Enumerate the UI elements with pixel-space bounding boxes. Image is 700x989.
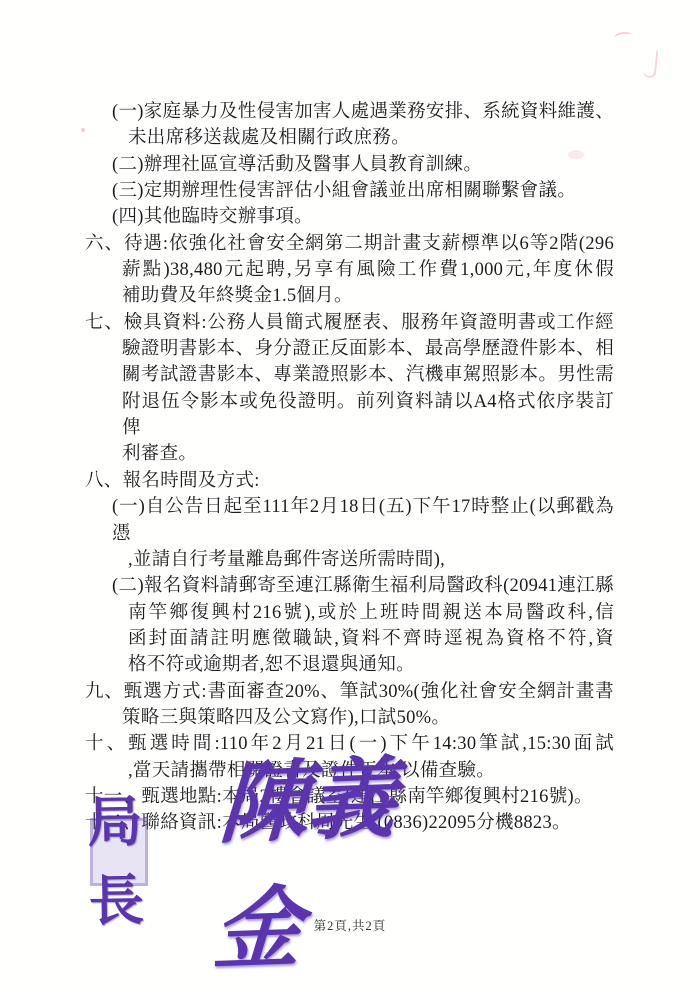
doc-line: 薪點)38,480元起聘,另享有風險工作費1,000元,年度休假 xyxy=(122,257,614,283)
doc-line: 補助費及年終獎金1.5個月。 xyxy=(122,283,614,309)
doc-line: 附退伍令影本或免役證明。前列資料請以A4格式依序裝訂俾 xyxy=(122,389,614,442)
doc-line: (一)自公告日起至111年2月18日(五)下午17時整止(以郵戳為憑 xyxy=(112,494,614,547)
doc-line: 南竿鄉復興村216號),或於上班時間親送本局醫政科,信 xyxy=(128,600,614,626)
doc-line: (三)定期辦理性侵害評估小組會議並出席相關聯繫會議。 xyxy=(112,178,614,204)
page-footer: 第2頁,共2頁 xyxy=(0,916,700,934)
doc-line: ,並請自行考量離島郵件寄送所需時間), xyxy=(128,547,614,573)
doc-line: 關考試證書影本、專業證照影本、汽機車駕照影本。男性需 xyxy=(122,362,614,388)
doc-line: 十一、甄選地點:本局2樓會議室(連江縣南竿鄉復興村216號)。 xyxy=(85,784,614,810)
doc-line: 十二、聯絡資訊:本局醫政科周先生,(0836)22095分機8823。 xyxy=(85,810,614,836)
document-body: (一)家庭暴力及性侵害加害人處遇業務安排、系統資料維護、 未出席移送裁處及相關行… xyxy=(85,99,614,837)
doc-line: 八、報名時間及方式: xyxy=(85,468,614,494)
doc-line: (二)辦理社區宣導活動及醫事人員教育訓練。 xyxy=(112,152,614,178)
scan-artifact-hook xyxy=(643,49,659,78)
doc-line: 利審查。 xyxy=(122,441,614,467)
doc-line: 六、待遇:依強化社會安全網第二期計畫支薪標準以6等2階(296 xyxy=(85,231,614,257)
doc-line: (二)報名資料請郵寄至連江縣衛生福利局醫政科(20941連江縣 xyxy=(112,573,614,599)
document-page: (一)家庭暴力及性侵害加害人處遇業務安排、系統資料維護、 未出席移送裁處及相關行… xyxy=(0,0,700,989)
doc-line: 未出席移送裁處及相關行政庶務。 xyxy=(128,125,614,151)
doc-line: ,當天請攜帶相關證書及證件正本,以備查驗。 xyxy=(128,758,614,784)
doc-line: 十、甄選時間:110年2月21日(一)下午14:30筆試,15:30面試 xyxy=(85,731,614,757)
doc-line: 七、檢具資料:公務人員簡式履歷表、服務年資證明書或工作經 xyxy=(85,310,614,336)
doc-line: 函封面請註明應徵職缺,資料不齊時逕視為資格不符,資 xyxy=(128,626,614,652)
doc-line: 策略三與策略四及公文寫作),口試50%。 xyxy=(122,705,614,731)
doc-line: (四)其他臨時交辦事項。 xyxy=(112,204,614,230)
scan-artifact-dash xyxy=(613,31,632,42)
doc-line: 驗證明書影本、身分證正反面影本、最高學歷證件影本、相 xyxy=(122,336,614,362)
doc-line: 九、甄選方式:書面審查20%、筆試30%(強化社會安全網計畫書 xyxy=(85,679,614,705)
doc-line: (一)家庭暴力及性侵害加害人處遇業務安排、系統資料維護、 xyxy=(112,99,614,125)
doc-line: 格不符或逾期者,恕不退還與通知。 xyxy=(128,652,614,678)
